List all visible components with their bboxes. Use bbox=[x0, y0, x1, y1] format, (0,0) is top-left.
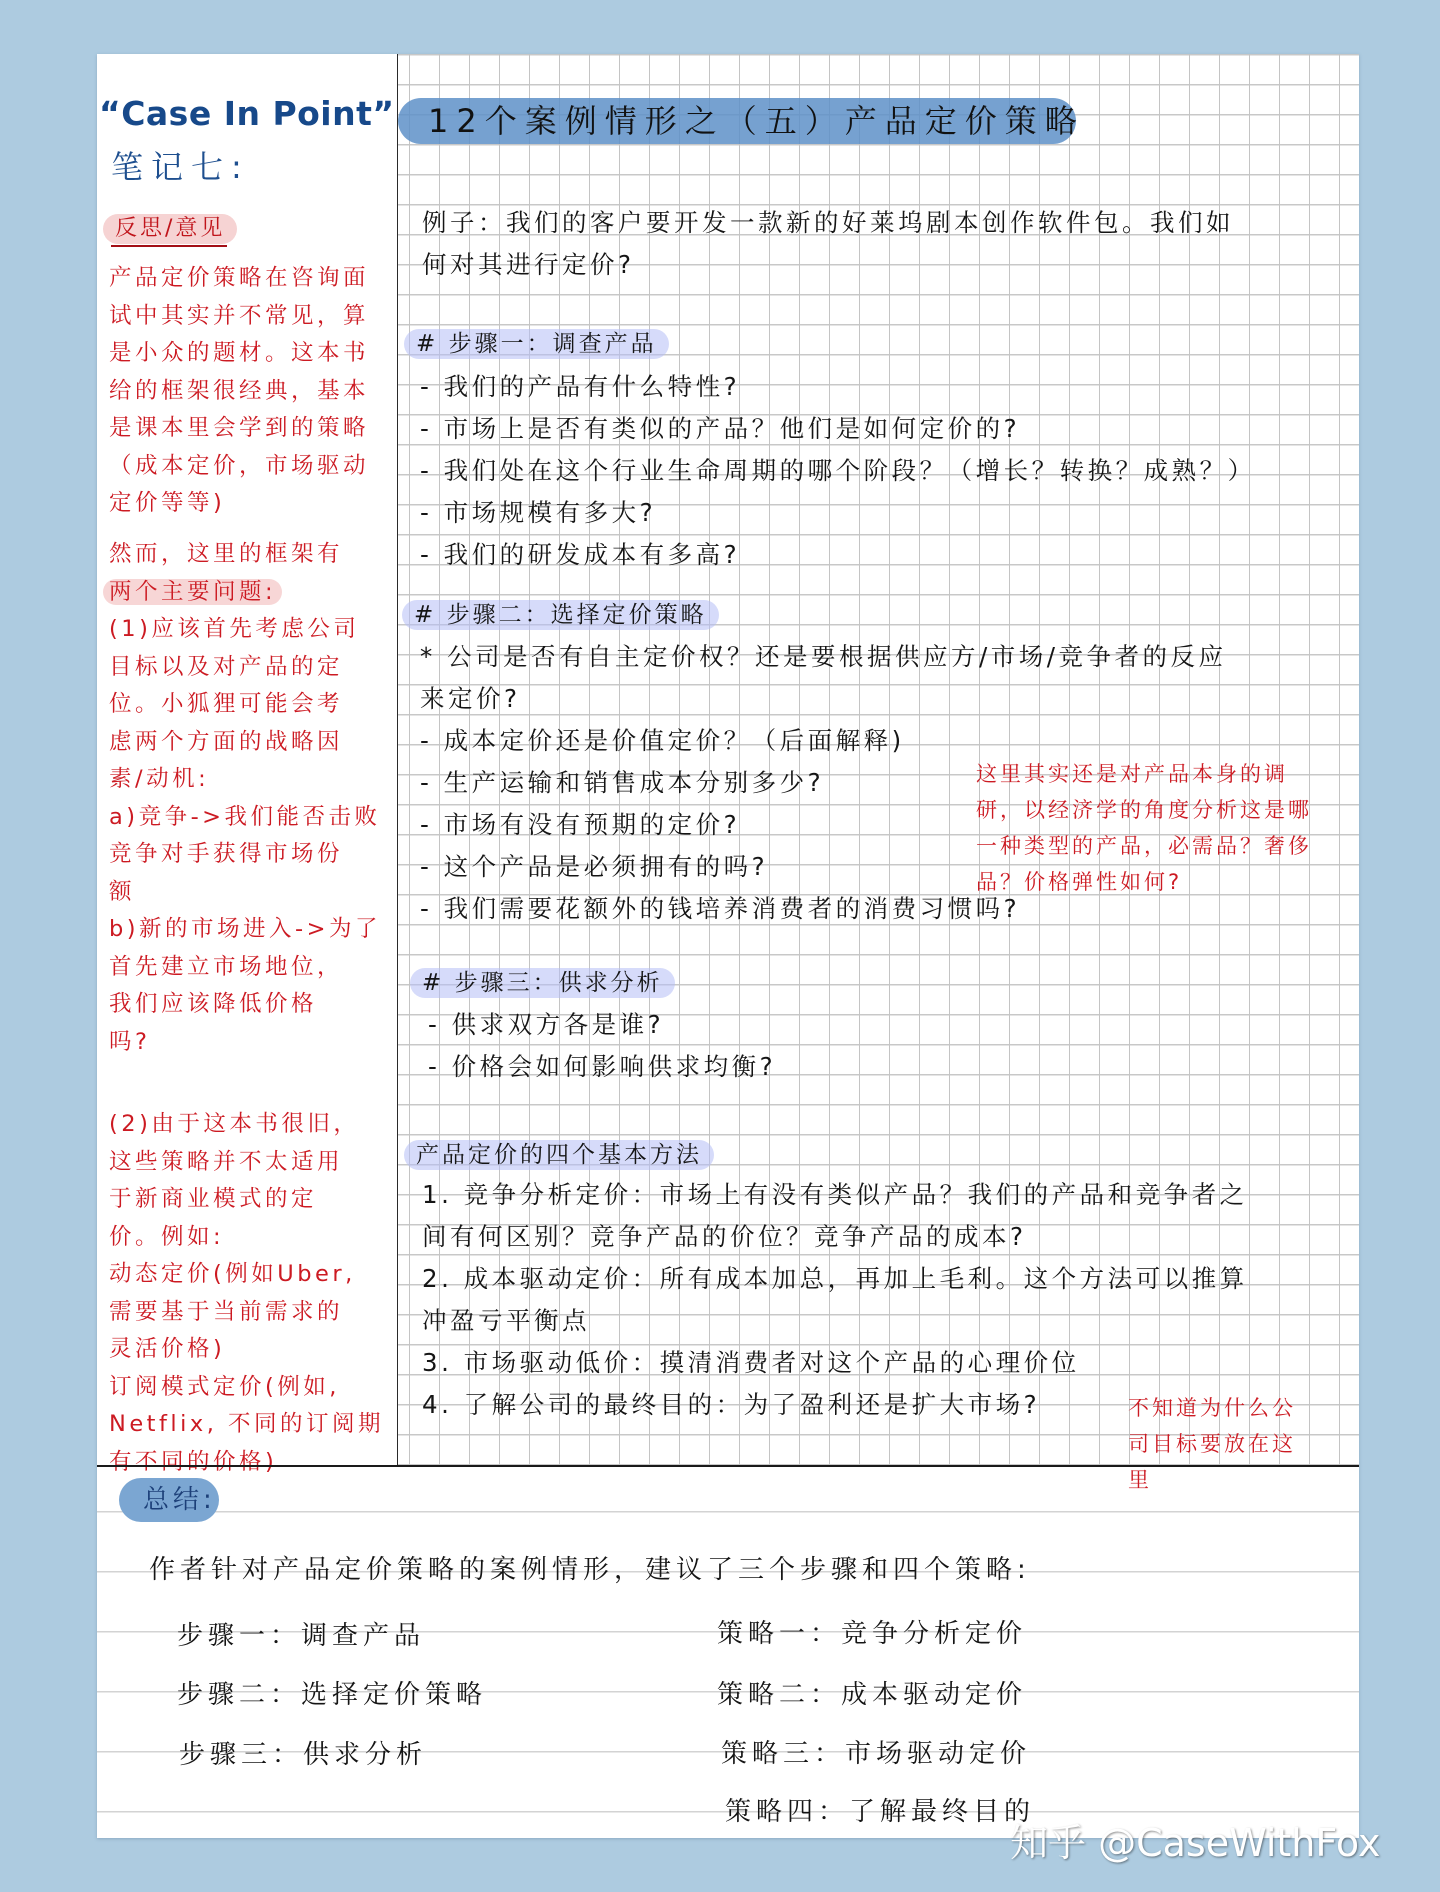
step2-side-note: 这里其实还是对产品本身的调 研，以经济学的角度分析这是哪 一种类型的产品，必需品… bbox=[976, 756, 1312, 900]
note-page: “Case In Point” 笔记七: 反思/意见 产品定价策略在咨询面 试中… bbox=[97, 54, 1359, 1838]
text-line: 这里其实还是对产品本身的调 bbox=[976, 756, 1312, 792]
summary-step-3: 步骤三：供求分析 bbox=[179, 1734, 427, 1771]
text-line: 例子：我们的客户要开发一款新的好莱坞剧本创作软件包。我们如 bbox=[422, 202, 1234, 244]
list-item: - 市场规模有多大? bbox=[420, 492, 1256, 534]
page-title: 12个案例情形之（五）产品定价策略 bbox=[398, 98, 1076, 144]
list-item: 4. 了解公司的最终目的：为了盈利还是扩大市场? bbox=[422, 1384, 1248, 1426]
list-item: 冲盈亏平衡点 bbox=[422, 1300, 1248, 1342]
methods-heading: 产品定价的四个基本方法 bbox=[404, 1140, 714, 1170]
list-item: - 价格会如何影响供求均衡? bbox=[428, 1046, 776, 1088]
text-line: 定价等等) bbox=[109, 485, 394, 523]
text-line: 目标以及对产品的定 bbox=[109, 649, 394, 687]
text-line: 动态定价(例如Uber, bbox=[109, 1256, 394, 1294]
step1-heading: # 步骤一：调查产品 bbox=[404, 329, 669, 359]
list-item: 2. 成本驱动定价：所有成本加总，再加上毛利。这个方法可以推算 bbox=[422, 1258, 1248, 1300]
list-item: 1. 竞争分析定价：市场上有没有类似产品？我们的产品和竞争者之 bbox=[422, 1174, 1248, 1216]
text-line: 位。小狐狸可能会考 bbox=[109, 686, 394, 724]
text-line: 是小众的题材。这本书 bbox=[109, 335, 394, 373]
note-number: 笔记七: bbox=[111, 142, 250, 188]
text-line: Netflix, 不同的订阅期 bbox=[109, 1406, 394, 1444]
text-line: 是课本里会学到的策略 bbox=[109, 410, 394, 448]
text-line: 不知道为什么公 bbox=[1128, 1390, 1296, 1426]
summary-section: 总结: 作者针对产品定价策略的案例情形，建议了三个步骤和四个策略: 步骤一：调查… bbox=[97, 1467, 1359, 1838]
text-line: 于新商业模式的定 bbox=[109, 1181, 394, 1219]
step3-heading: # 步骤三：供求分析 bbox=[410, 968, 675, 998]
list-item: 间有何区别？竞争产品的价位？竞争产品的成本? bbox=[422, 1216, 1248, 1258]
text-line: （成本定价，市场驱动 bbox=[109, 448, 394, 486]
summary-step-2: 步骤二：选择定价策略 bbox=[177, 1674, 487, 1711]
text-line: (1)应该首先考虑公司 bbox=[109, 611, 394, 649]
reflection-column: “Case In Point” 笔记七: 反思/意见 产品定价策略在咨询面 试中… bbox=[97, 54, 398, 1465]
reflection-tag: 反思/意见 bbox=[103, 214, 237, 244]
text-line: 这些策略并不太适用 bbox=[109, 1144, 394, 1182]
list-item: * 公司是否有自主定价权？还是要根据供应方/市场/竞争者的反应 bbox=[420, 636, 1227, 678]
list-item: - 我们处在这个行业生命周期的哪个阶段？（增长？转换？成熟？） bbox=[420, 450, 1256, 492]
list-item: - 我们的研发成本有多高? bbox=[420, 534, 1256, 576]
summary-strategy-2: 策略二：成本驱动定价 bbox=[717, 1674, 1027, 1711]
example-text: 例子：我们的客户要开发一款新的好莱坞剧本创作软件包。我们如 何对其进行定价? bbox=[422, 202, 1234, 286]
zhihu-watermark: 知乎 @CaseWithFox bbox=[1010, 1812, 1380, 1867]
brand-title: “Case In Point” bbox=[99, 94, 395, 133]
text-line: 订阅模式定价(例如, bbox=[109, 1369, 394, 1407]
text-line: 首先建立市场地位， bbox=[109, 949, 394, 987]
reflection-paragraph-2: 然而，这里的框架有 两个主要问题: (1)应该首先考虑公司 目标以及对产品的定 … bbox=[109, 536, 394, 1061]
summary-label: 总结: bbox=[119, 1478, 219, 1522]
list-item: 3. 市场驱动低价：摸清消费者对这个产品的心理价位 bbox=[422, 1342, 1248, 1384]
text-line: a)竞争->我们能否击败 bbox=[109, 799, 394, 837]
text-line: 额 bbox=[109, 874, 394, 912]
text-line: 需要基于当前需求的 bbox=[109, 1294, 394, 1332]
text-line: 研，以经济学的角度分析这是哪 bbox=[976, 792, 1312, 828]
text-line: 灵活价格) bbox=[109, 1331, 394, 1369]
summary-strategy-3: 策略三：市场驱动定价 bbox=[721, 1733, 1031, 1770]
text-line: 吗? bbox=[109, 1024, 394, 1062]
text-line: 竞争对手获得市场份 bbox=[109, 836, 394, 874]
methods-list: 1. 竞争分析定价：市场上有没有类似产品？我们的产品和竞争者之 间有何区别？竞争… bbox=[422, 1174, 1248, 1426]
step3-list: - 供求双方各是谁? - 价格会如何影响供求均衡? bbox=[428, 1004, 776, 1088]
grid-notes-area: 12个案例情形之（五）产品定价策略 例子：我们的客户要开发一款新的好莱坞剧本创作… bbox=[398, 54, 1359, 1465]
text-line: 品？价格弹性如何? bbox=[976, 864, 1312, 900]
list-item: - 市场上是否有类似的产品？他们是如何定价的? bbox=[420, 408, 1256, 450]
text-line: b)新的市场进入->为了 bbox=[109, 911, 394, 949]
list-item: - 我们的产品有什么特性? bbox=[420, 366, 1256, 408]
text-line: 产品定价策略在咨询面 bbox=[109, 260, 394, 298]
text-line: 司目标要放在这 bbox=[1128, 1426, 1296, 1462]
text-line: 然而，这里的框架有 bbox=[109, 536, 394, 574]
text-line: 素/动机: bbox=[109, 761, 394, 799]
list-item: - 供求双方各是谁? bbox=[428, 1004, 776, 1046]
reflection-paragraph-3: (2)由于这本书很旧， 这些策略并不太适用 于新商业模式的定 价。例如: 动态定… bbox=[109, 1106, 394, 1481]
list-item: 来定价? bbox=[420, 678, 1227, 720]
highlight-two-problems: 两个主要问题: bbox=[103, 579, 282, 605]
text-line: 价。例如: bbox=[109, 1219, 394, 1257]
reflection-paragraph-1: 产品定价策略在咨询面 试中其实并不常见，算 是小众的题材。这本书 给的框架很经典… bbox=[109, 260, 394, 523]
step2-heading: # 步骤二：选择定价策略 bbox=[402, 600, 719, 630]
summary-intro: 作者针对产品定价策略的案例情形，建议了三个步骤和四个策略: bbox=[149, 1549, 1031, 1586]
text-line: 虑两个方面的战略因 bbox=[109, 724, 394, 762]
text-line: (2)由于这本书很旧， bbox=[109, 1106, 394, 1144]
text-line: 给的框架很经典，基本 bbox=[109, 373, 394, 411]
step1-list: - 我们的产品有什么特性? - 市场上是否有类似的产品？他们是如何定价的? - … bbox=[420, 366, 1256, 576]
text-line: 一种类型的产品，必需品？奢侈 bbox=[976, 828, 1312, 864]
summary-strategy-4: 策略四：了解最终目的 bbox=[725, 1791, 1035, 1828]
text-line: 试中其实并不常见，算 bbox=[109, 298, 394, 336]
text-line: 我们应该降低价格 bbox=[109, 986, 394, 1024]
summary-strategy-1: 策略一：竞争分析定价 bbox=[717, 1613, 1027, 1650]
summary-step-1: 步骤一：调查产品 bbox=[177, 1615, 425, 1652]
text-line: 何对其进行定价? bbox=[422, 244, 1234, 286]
